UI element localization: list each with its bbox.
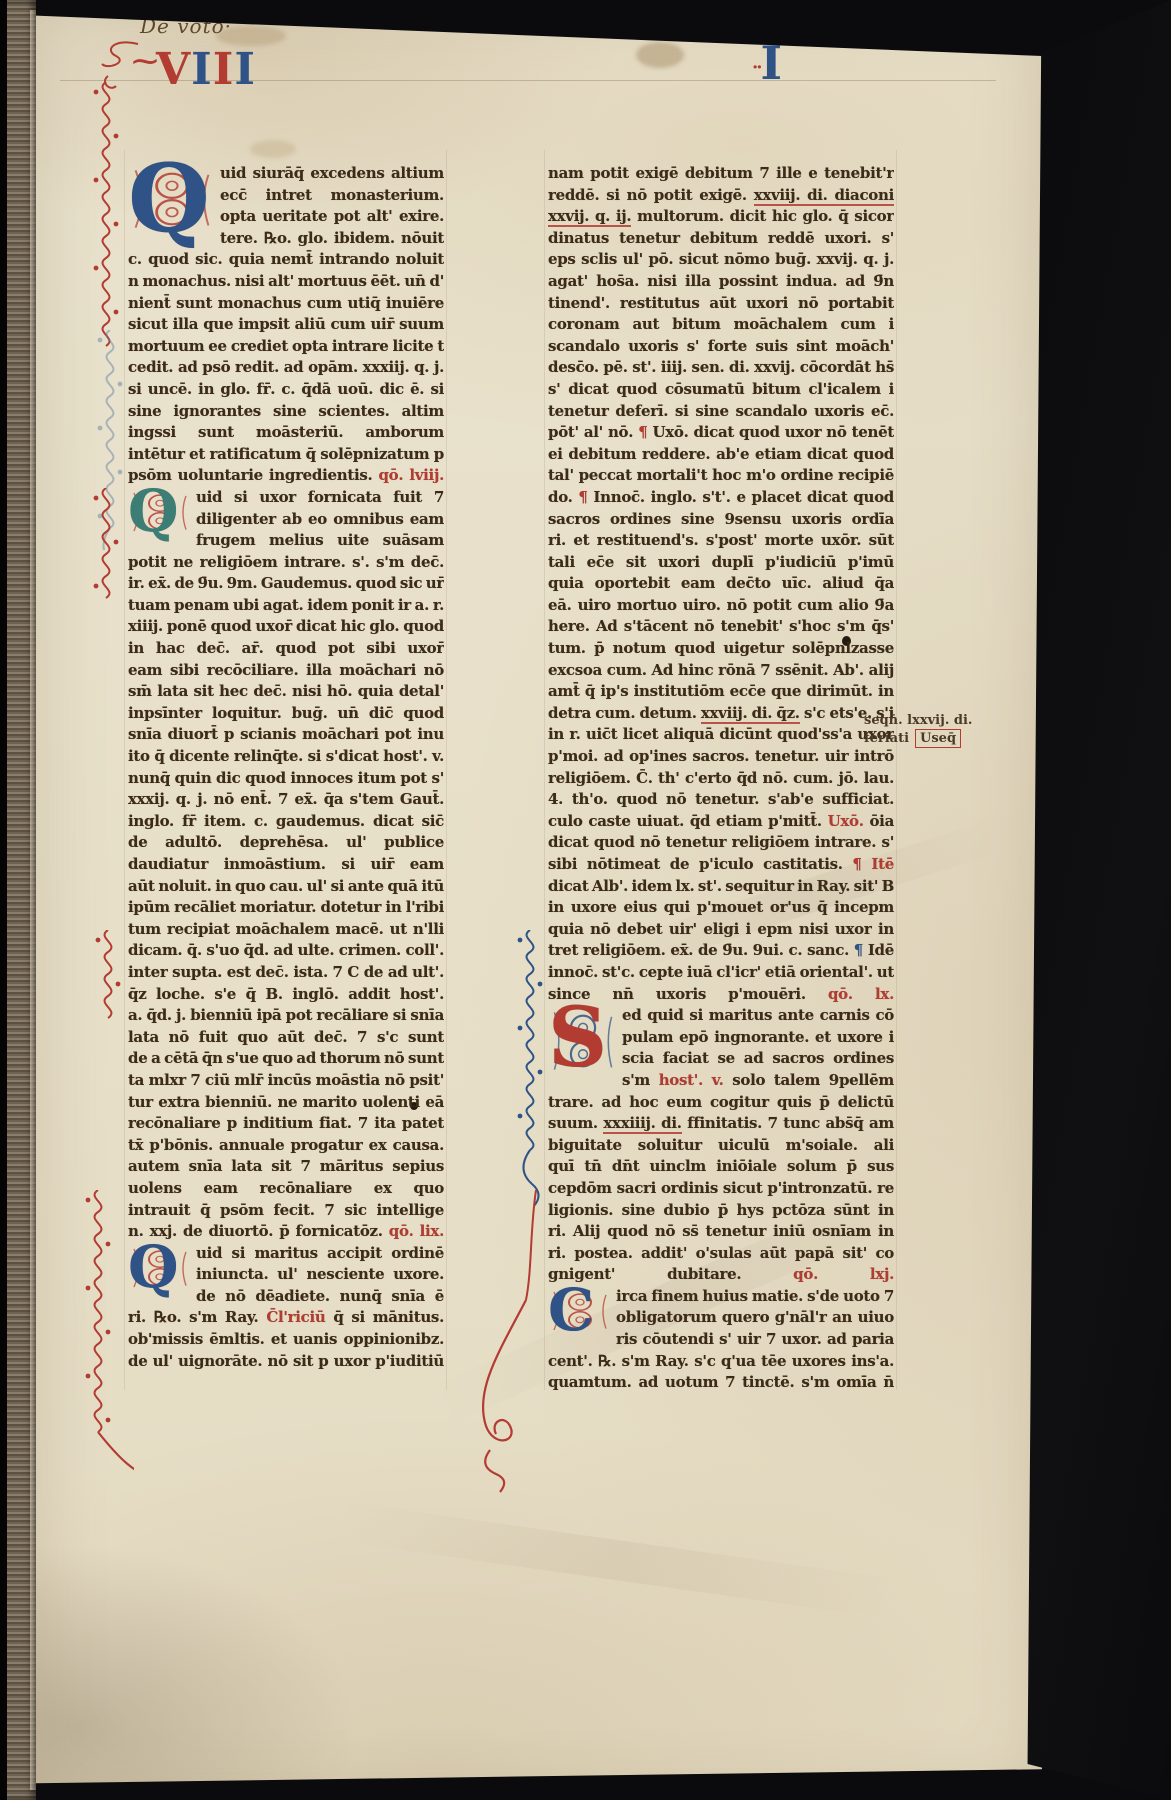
text-line: xxvij. q. ij. multorum. dicit hic glo. q… xyxy=(548,206,894,228)
text-line: intētur et ratificatum q̄ solēpnizatum p xyxy=(128,444,444,466)
text-line: reddē. si nō potit exigē. xxviij. di. di… xyxy=(548,185,894,207)
text-line: uid si uxor fornicata fuit 7 maritus xyxy=(196,487,444,509)
parchment-wrinkle xyxy=(336,1501,896,1619)
text-line: dicat quod nō tenetur religiōem intrare.… xyxy=(548,832,894,854)
text-line: ecc̄ intret monasterium. nunq̄ optā xyxy=(220,185,444,207)
text-line: religiōem. C̄. th' c'erto q̄d nō. cum. j… xyxy=(548,768,894,790)
quire-mark: ··I xyxy=(752,40,782,91)
margin-flourish-red xyxy=(90,82,124,362)
text-line: amt̄ q̄ ip's institutiōm ecc̄e que dirim… xyxy=(548,681,894,703)
rubric-red-text: C̄l'riciū xyxy=(266,1308,325,1326)
margin-flourish-red xyxy=(460,1190,550,1520)
text-line: uid si maritus accipit ordinē sacrū xyxy=(196,1243,444,1265)
red-underlined-citation: xxviij. di. diaconi xyxy=(754,186,894,204)
text-line: a. q̄d. j. bienniū ipā pot recāliare si … xyxy=(128,1005,444,1027)
text-line: nam potit exigē debitum 7 ille e tenebit… xyxy=(548,163,894,185)
text-line: ta mlxr 7 ciū mlr̄ incūs moāstia nō psit… xyxy=(128,1070,444,1092)
decorated-initial-Q: Q xyxy=(128,488,188,532)
text-line: eā. uiro mortuo uiro. nō potit cum alio … xyxy=(548,595,894,617)
text-paragraph: Quid siurāq̄ excedens altium mortuūecc̄ … xyxy=(128,163,444,487)
text-paragraph: nam potit exigē debitum 7 ille e tenebit… xyxy=(548,163,894,1005)
margin-note-boxed-word: Useq̄ xyxy=(915,729,961,748)
header-flourish-red xyxy=(94,36,144,106)
decorated-initial-Q: Q xyxy=(128,164,212,230)
rubric-red-text: qō. lx. xyxy=(828,985,894,1003)
text-line: pulam epō ingnorante. et uxore i ℞ xyxy=(622,1027,894,1049)
quire-mark-dots: ·· xyxy=(752,57,761,78)
text-line: scandalo uxoris s' forte suis sint moāch… xyxy=(548,336,894,358)
rubric-red-text: qō. lix. xyxy=(389,1222,444,1240)
text-line: ito q̄ dicente relinq̄te. si s'dicat hos… xyxy=(128,746,444,768)
text-paragraph: Circa finem huius matie. s'de uoto 7obli… xyxy=(548,1286,894,1394)
text-line: ri. postea. addit' o'sulas aūt papā sit'… xyxy=(548,1243,894,1265)
text-line: autem snīa lata sit 7 māritus sepius mōi… xyxy=(128,1156,444,1178)
text-line: in r. uic̄t licet aliquā dicūnt quod'ss'… xyxy=(548,724,894,746)
text-line: uid siurāq̄ excedens altium mortuū xyxy=(220,163,444,185)
margin-flourish-blue xyxy=(514,930,548,1220)
text-line: ipūm recāliet moriatur. dotetur in l'rib… xyxy=(128,897,444,919)
text-line: diligenter ab eo omnibus eam ad xyxy=(196,509,444,531)
decorated-initial-C: C xyxy=(548,1287,608,1331)
text-line: ri. Alij quod nō ss̄ tenetur iniū osnīam… xyxy=(548,1221,894,1243)
text-line: quia nō debet uir' eligi i epm nisi uxor… xyxy=(548,919,894,941)
rubric-red-text: qō. lviij. xyxy=(378,466,444,484)
text-line: pōt' al' nō. ¶ Uxō. dicat quod uxor nō t… xyxy=(548,422,894,444)
text-line: mortuum ee crediet opta intrare licite t xyxy=(128,336,444,358)
text-line: detra cum. detum. xxviij. di. q̄z. s'c e… xyxy=(548,703,894,725)
text-line: s' dicat quod cōsumatū bitum cl'icalem i xyxy=(548,379,894,401)
red-underlined-citation: xxxiiij. di. xyxy=(603,1114,681,1132)
chapter-number: ⁓VIII xyxy=(132,40,256,92)
decorated-initial-S: S xyxy=(548,1006,614,1072)
text-line: irca finem huius matie. s'de uoto 7 xyxy=(616,1286,894,1308)
rubric-red-text: qō. lxj. xyxy=(793,1265,894,1283)
text-line: quia oportebit eam dec̄to uīc. aliud q̄a xyxy=(548,573,894,595)
text-line: excsoa cum. Ad hinc rōnā 7 ssēnit. Ab'. … xyxy=(548,660,894,682)
text-line: opta ueritate pot alt' exire. 7 alterum … xyxy=(220,206,444,228)
text-line: eps sclis ul' pō. sicut nōmo buḡ. xxvij.… xyxy=(548,249,894,271)
text-line: cedit. ad psō redit. ad opām. xxxiij. q.… xyxy=(128,357,444,379)
text-paragraph: Quid si uxor fornicata fuit 7 maritusdil… xyxy=(128,487,444,1243)
text-line: recōnaliare p inditium fiat. 7 ita patet… xyxy=(128,1113,444,1135)
text-line: ri. et restituend's. s'post' morte uxōr.… xyxy=(548,530,894,552)
text-line: q̄z loche. s'e q̄ B. inglō. addit host'.… xyxy=(128,984,444,1006)
text-line: lata nō fuit quo aūt dec̄. 7 s'c sunt ui… xyxy=(128,1027,444,1049)
text-line: trare. ad hoc eum cogitur quis p̄ delict… xyxy=(548,1092,894,1114)
text-line: de ul' uignorāte. nō sit p uxor p'iuditi… xyxy=(128,1351,444,1373)
text-line: intrauit q̄ psōm fecit. 7 sic intellige … xyxy=(128,1200,444,1222)
column-left: Quid siurāq̄ excedens altium mortuūecc̄ … xyxy=(128,163,444,1372)
red-underlined-citation: xxviij. di. q̄z. xyxy=(701,704,800,722)
text-line: tret religiōem. ex̄. de 9̄u. 9ui. c. san… xyxy=(548,940,894,962)
text-line: tali ec̄e sit uxori duplī p'iudiciū p'im… xyxy=(548,552,894,574)
text-line: si uncē. in glo. fr̄. c. q̄dā uoū. dic ē… xyxy=(128,379,444,401)
text-line: de a cētā q̄n s'ue quo ad thorum nō sunt… xyxy=(128,1048,444,1070)
text-line: tinend'. restitutus aūt uxori nō portabi… xyxy=(548,293,894,315)
text-line: sicut illa que impsit aliū cum uir̄ suum xyxy=(128,314,444,336)
text-line: ei debitum reddere. ab'e etiam dicat quo… xyxy=(548,444,894,466)
rubric-red-text: ¶ Itē xyxy=(852,855,894,873)
text-line: nient̄ sunt monachus cum utiq̄ inuiēre xyxy=(128,293,444,315)
text-line: tx̄ p'bōnis. annuale progatur ex causa. … xyxy=(128,1135,444,1157)
ruling-line xyxy=(446,150,447,1390)
blue-paraph: ¶ xyxy=(854,941,863,959)
margin-flourish-red xyxy=(90,488,124,628)
text-line: tenetur deferī. si sine scandalo uxoris … xyxy=(548,401,894,423)
text-line: tuam penam ubi agat. idem ponit ir a. r. xyxy=(128,595,444,617)
text-line: p'moi. ad op'ines sacros. tenetur. uir i… xyxy=(548,746,894,768)
text-line: quī tn̄ dn̄t uinclm iniōiale solum p̄ su… xyxy=(548,1156,894,1178)
text-line: xiiij. ponē quod uxor̄ dicat hic glo. qu… xyxy=(128,616,444,638)
text-line: inpsīnter loquitur. buḡ. un̄ dic̄ quod l… xyxy=(128,703,444,725)
text-line: in hac dec̄. ar̄. quod pot sibi uxor̄ re… xyxy=(128,638,444,660)
chapter-numeral-letter: V xyxy=(156,44,191,95)
text-line: de nō dēadiete. nunq̄ snīa ē p'iudiciū u… xyxy=(196,1286,444,1308)
chapter-numeral-letter: I xyxy=(191,44,213,95)
text-line: quamtum. ad uotum 7 tinctē. s'm omīa n̄ xyxy=(548,1372,894,1394)
margin-flourish-red xyxy=(92,930,122,1040)
text-line: ob'missis ēmltis. et uanis oppinionibz. … xyxy=(128,1329,444,1351)
rubric-red-text: ¶ xyxy=(638,423,647,441)
text-line: s'm host'. v. solo talem 9pellēm religiō… xyxy=(622,1070,894,1092)
text-line: dinatus tenetur debitum reddē uxori. s' xyxy=(548,228,894,250)
text-line: de adultō. deprehēsa. ul' publice deplēn… xyxy=(128,832,444,854)
text-line: sacros ordines sine 9sensu uxoris ordīa xyxy=(548,509,894,531)
text-line: dicam. q̄. s'uo q̄d. ad ulte. crimen. co… xyxy=(128,940,444,962)
column-right: nam potit exigē debitum 7 ille e tenebit… xyxy=(548,163,894,1394)
text-line: obligatorum quero g'nāl'r an uiuo xyxy=(616,1307,894,1329)
text-line: tere. ℞o. glo. ibidem. nōuit buḡ. sup t'… xyxy=(220,228,444,250)
text-line: culo caste uiuat. q̄d etiam p'mitt̄. Uxō… xyxy=(548,811,894,833)
text-line: do. ¶ Innoc̄. inglo. s't'. e placet dica… xyxy=(548,487,894,509)
ruling-line xyxy=(896,150,897,1390)
text-line: suum. xxxiiij. di. ffinitatis. 7 tunc ab… xyxy=(548,1113,894,1135)
chapter-numeral-letter: I xyxy=(234,44,256,95)
text-line: frugem melius uite suāsam recipe noluit xyxy=(196,530,444,552)
text-line: innoc̄. st'c. cepte iuā cl'icr' etiā ori… xyxy=(548,962,894,984)
text-line: ingssi sunt moāsteriū. amborum uotum xyxy=(128,422,444,444)
text-line: potit ne religiōem intrare. s'. s'm dec̄… xyxy=(128,552,444,574)
text-line: coronam aut bitum moāchalem cum i xyxy=(548,314,894,336)
text-line: tum. p̄ notum quod uigetur solēpnizasse xyxy=(548,638,894,660)
text-line: ed quid si maritus ante carnis cō xyxy=(622,1005,894,1027)
text-line: n monachus. nisi alt' mortuus ēēt. un̄ d… xyxy=(128,271,444,293)
text-line: tur extra bienniū. ne marito uolenti eā xyxy=(128,1092,444,1114)
text-paragraph: Quid si maritus accipit ordinē sacrūiniu… xyxy=(128,1243,444,1373)
text-line: tal' peccat mortali't hoc m'o ordine rec… xyxy=(548,465,894,487)
text-line: agat' hos̄a. nisi illa possint indua. ad… xyxy=(548,271,894,293)
text-line: tum recipiat moāchalem macē. ut n'lli in xyxy=(128,919,444,941)
text-line: ri. ℞o. s'm Ray. C̄l'riciū q̄ si mānitus… xyxy=(128,1307,444,1329)
text-line: uolens eam recōnaliare ex quo religiōem xyxy=(128,1178,444,1200)
text-line: sine ignorantes sine scientes. altim uni… xyxy=(128,401,444,423)
text-line: in uxore eius qui p'mouet or'us q̄ incep… xyxy=(548,897,894,919)
text-paragraph: Sed quid si maritus ante carnis cōpulam … xyxy=(548,1005,894,1286)
text-line: ligionis. sine dubio p̄ hys pctōza sūnt … xyxy=(548,1200,894,1222)
text-line: aūt noluit. in quo cau. ul' si ante quā … xyxy=(128,876,444,898)
text-line: scia faciat se ad sacros ordines p'moue. xyxy=(622,1048,894,1070)
page-stain xyxy=(250,140,296,158)
margin-note-line1: seqn̄. lxxvij. di. xyxy=(864,712,1034,729)
photo-edge-right xyxy=(1020,0,1171,1800)
manuscript-page: De voto· ⁓VIII ··I 27 Quid siurāq̄ exced… xyxy=(36,0,1042,1800)
page-stain xyxy=(636,42,684,68)
decorated-initial-Q: Q xyxy=(128,1244,188,1288)
text-line: cepdōm sacri ordinis sicut p'intronzatū.… xyxy=(548,1178,894,1200)
text-line: biguitate soluitur uiculū m'soiale. ali xyxy=(548,1135,894,1157)
text-line: here. Ad s'tācent nō tenebit' s'hoc s'm … xyxy=(548,616,894,638)
text-line: iniuncta. ul' nesciente uxore. ul' s'sac… xyxy=(196,1264,444,1286)
rubric-red-text: host'. v. xyxy=(659,1071,724,1089)
text-line: 4. th'o. quod nō tenetur. s'ab'e suffici… xyxy=(548,789,894,811)
margin-flourish-red xyxy=(82,1190,134,1510)
text-line: sm̄ lata sit hec dec̄. nisi hō. quia det… xyxy=(128,681,444,703)
text-line: inglo. fr̄ item. c. gaudemus. dicat sic̄… xyxy=(128,811,444,833)
chapter-numeral-letter: I xyxy=(213,44,235,95)
text-line: snīa diuort̄ p scianis moāchari pot inu xyxy=(128,724,444,746)
rubric-red-text: Uxō. xyxy=(828,812,864,830)
text-line: dicat Alb'. idem lx. st'. sequitur in Ra… xyxy=(548,876,894,898)
text-line: ir. ex̄. de 9̄u. 9m. Gaudemus. quod sic … xyxy=(128,573,444,595)
margin-note: seqn̄. lxxvij. di. feriatiUseq̄ xyxy=(864,712,1034,748)
text-line: inter supta. est dec̄. ista. 7 C de ad u… xyxy=(128,962,444,984)
photograph-background: De voto· ⁓VIII ··I 27 Quid siurāq̄ exced… xyxy=(0,0,1171,1800)
text-line: cent'. ℞. s'm Ray. s'c q'ua tēe uxores i… xyxy=(548,1351,894,1373)
text-line: gnigent' dubitare. qō. lxj. xyxy=(548,1264,894,1286)
text-line: desc̄o. pē. st'. iiij. sen. di. xxvij. c… xyxy=(548,357,894,379)
text-line: eam sibi recōciliare. illa moāchari nō p… xyxy=(128,660,444,682)
text-line: xxxij. q. j. nō ent̄. 7 ex̄. q̄a s'tem G… xyxy=(128,789,444,811)
text-line: daudiatur inmoāstium. si uir̄ eam recōh. xyxy=(128,854,444,876)
margin-note-line2: feriatiUseq̄ xyxy=(864,729,1034,748)
red-underlined-citation: xxvij. q. ij. xyxy=(548,207,631,225)
text-line: ris cōutendi s' uir 7 uxor. ad paria iud… xyxy=(616,1329,894,1351)
text-line: sibi nōtimeat de p'iculo castitatis. ¶ I… xyxy=(548,854,894,876)
rubric-red-text: ¶ xyxy=(578,488,587,506)
text-line: nunq̄ quin dic quod innoces itum pot s' xyxy=(128,768,444,790)
